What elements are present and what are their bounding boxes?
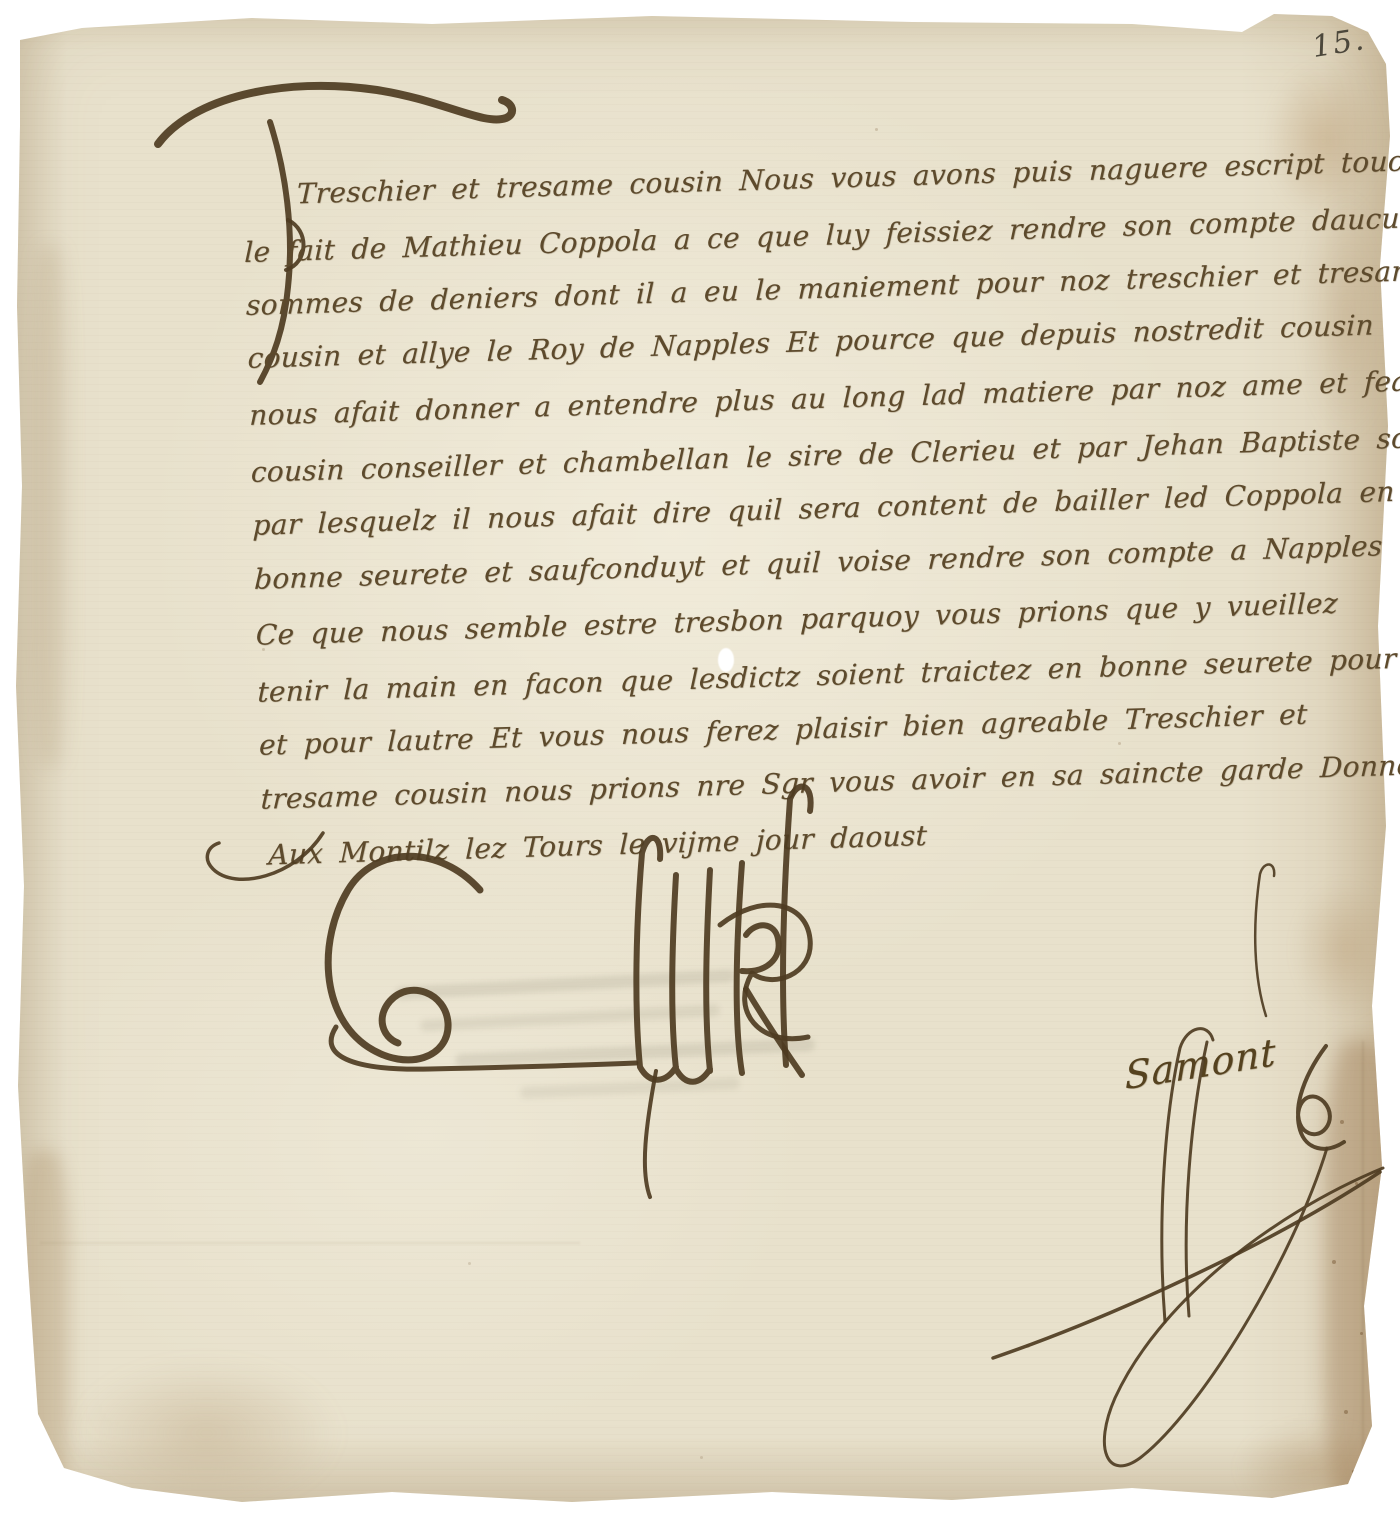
water-stain	[1294, 881, 1394, 1016]
edge-stain	[74, 1361, 339, 1506]
foxing-spot	[1355, 1182, 1358, 1185]
foxing-spot	[1340, 1120, 1344, 1124]
letter-body: Treschier et tresame cousin Nous vous av…	[242, 133, 1400, 882]
foxing-spot	[875, 128, 878, 131]
edge-stain	[1324, 1041, 1398, 1516]
fold-crease	[40, 1242, 580, 1244]
foxing-spot	[700, 1456, 703, 1459]
foxing-spot	[1360, 1332, 1363, 1335]
edge-stain	[18, 1151, 70, 1516]
edge-stain	[1237, 1421, 1392, 1516]
foxing-spot	[1332, 1260, 1336, 1264]
foxing-spot	[468, 1262, 471, 1265]
foxing-spot	[1352, 1470, 1355, 1473]
scanned-letter: { "page": { "number_annotation": "15.", …	[0, 0, 1400, 1523]
fold-shadow	[32, 246, 68, 766]
foxing-spot	[1026, 1344, 1030, 1348]
foxing-spot	[1344, 1410, 1348, 1414]
fold-crease	[1362, 1041, 1364, 1501]
